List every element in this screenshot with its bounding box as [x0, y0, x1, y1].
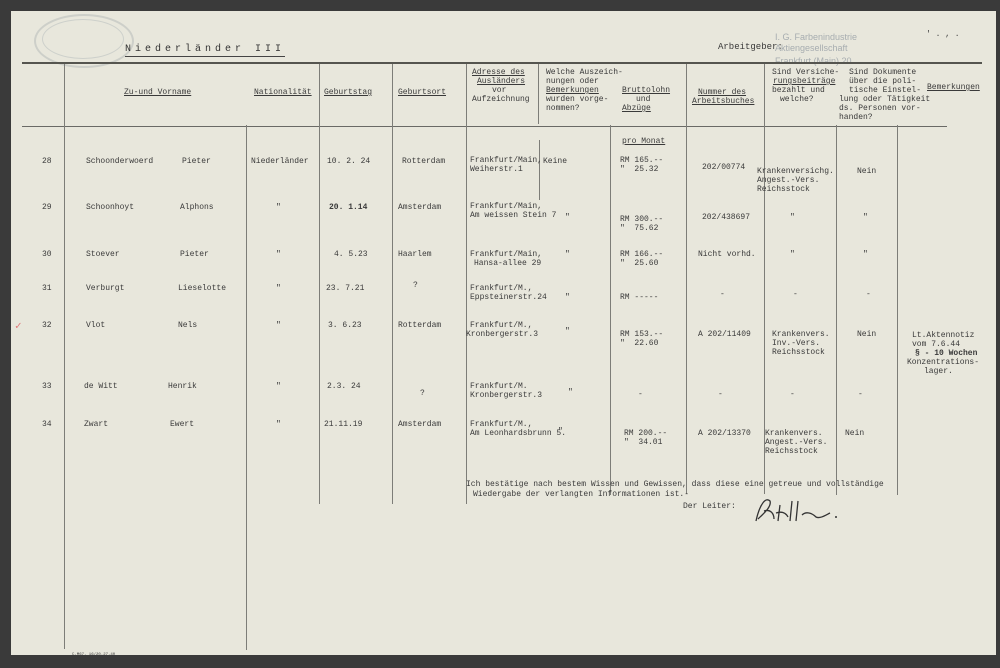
header-birthplace: Geburtsort — [398, 88, 446, 98]
nationality: " — [276, 203, 281, 213]
wages-deductions: " 34.01 — [624, 438, 662, 448]
documents: Nein — [845, 429, 864, 439]
header-address-4: Aufzeichnung — [472, 95, 530, 105]
header-remarks: Bemerkungen — [927, 83, 980, 93]
birthdate: 21.11.19 — [324, 420, 362, 430]
column-divider — [64, 64, 65, 649]
birthplace: Rotterdam — [402, 157, 445, 167]
birthdate: 23. 7.21 — [326, 284, 364, 294]
header-bottom-rule — [22, 126, 947, 127]
page-title: Niederländer III — [125, 44, 285, 57]
surname: Stoever — [86, 250, 120, 260]
row-number: 28 — [42, 157, 52, 167]
column-divider — [538, 64, 539, 124]
honors: " — [565, 213, 570, 223]
institution-stamp-inner — [42, 19, 124, 59]
workbook-number: Nicht vorhd. — [698, 250, 756, 260]
surname: Verburgt — [86, 284, 124, 294]
signature-icon — [750, 493, 840, 529]
header-nationality: Nationalität — [254, 88, 312, 98]
insurance: " — [790, 250, 795, 260]
documents: " — [863, 250, 868, 260]
row-number: 32 — [42, 321, 52, 331]
surname: Schoonhoyt — [86, 203, 134, 213]
documents: Nein — [857, 330, 876, 340]
birthplace: Rotterdam — [398, 321, 441, 331]
row-number: 30 — [42, 250, 52, 260]
birthplace: Amsterdam — [398, 203, 441, 213]
firstname: Lieselotte — [178, 284, 226, 294]
corner-marks: ' . , . — [926, 30, 960, 40]
column-divider — [686, 64, 687, 494]
insurance-line-3: Reichsstock — [772, 348, 825, 358]
insurance: " — [790, 213, 795, 223]
wages-deductions: " 25.32 — [620, 165, 658, 175]
employer-label: Arbeitgeber: — [718, 42, 783, 52]
nationality: " — [276, 420, 281, 430]
column-divider — [246, 125, 247, 650]
birthplace: ? — [413, 281, 418, 291]
header-honors-5: nommen? — [546, 104, 580, 114]
wages-deductions: " 22.60 — [620, 339, 658, 349]
insurance: - — [790, 390, 795, 400]
documents: " — [863, 213, 868, 223]
address-line-2: Kronbergerstr.3 — [470, 391, 542, 401]
workbook-number: A 202/13370 — [698, 429, 751, 439]
nationality: " — [276, 284, 281, 294]
declaration-line-1: Ich bestätige nach bestem Wissen und Gew… — [466, 480, 884, 490]
employer-stamp-line-1: I. G. Farbenindustrie — [775, 32, 857, 43]
birthdate: 2.3. 24 — [327, 382, 361, 392]
workbook-number: 202/438697 — [702, 213, 750, 223]
firstname: Ewert — [170, 420, 194, 430]
surname: de Witt — [84, 382, 118, 392]
column-divider — [539, 140, 540, 200]
firstname: Alphons — [180, 203, 214, 213]
column-divider — [610, 125, 611, 495]
birthplace: Amsterdam — [398, 420, 441, 430]
address-line-2: Eppsteinerstr.24 — [470, 293, 547, 303]
row-number: 31 — [42, 284, 52, 294]
signer-label: Der Leiter: — [683, 502, 736, 512]
wages-deductions: " 25.60 — [620, 259, 658, 269]
check-mark-icon: ✓ — [15, 319, 22, 333]
honors: " — [558, 427, 563, 437]
documents: Nein — [857, 167, 876, 177]
insurance: - — [793, 290, 798, 300]
firstname: Nels — [178, 321, 197, 331]
firstname: Henrik — [168, 382, 197, 392]
wages-gross: RM ----- — [620, 293, 658, 303]
honors: " — [565, 327, 570, 337]
honors: Keine — [543, 157, 567, 167]
firstname: Pieter — [180, 250, 209, 260]
footer-code: C.M67. 16/20.27.40 — [72, 650, 115, 660]
wages-gross: - — [638, 390, 643, 400]
nationality: " — [276, 382, 281, 392]
birthplace: ? — [420, 389, 425, 399]
address-line-2: Weiherstr.1 — [470, 165, 523, 175]
header-insurance-4: welche? — [780, 95, 814, 105]
workbook-number: - — [718, 390, 723, 400]
row-number: 29 — [42, 203, 52, 213]
birthdate: 20. 1.14 — [329, 203, 367, 213]
honors: " — [568, 388, 573, 398]
nationality: Niederländer — [251, 157, 309, 167]
documents: - — [858, 390, 863, 400]
address-line-2: Kronbergerstr.3 — [466, 330, 538, 340]
header-documents-6: handen? — [839, 113, 873, 123]
address-line-2: Hansa-allee 29 — [474, 259, 541, 269]
employer-stamp-line-2: Aktiengesellschaft — [775, 43, 848, 54]
honors: " — [565, 250, 570, 260]
header-birthdate: Geburtstag — [324, 88, 372, 98]
column-divider — [897, 125, 898, 495]
column-divider — [466, 64, 467, 504]
birthplace: Haarlem — [398, 250, 432, 260]
birthdate: 4. 5.23 — [334, 250, 368, 260]
insurance-line-3: Reichsstock — [757, 185, 810, 195]
row-number: 33 — [42, 382, 52, 392]
firstname: Pieter — [182, 157, 211, 167]
column-divider — [836, 125, 837, 495]
column-divider — [319, 64, 320, 504]
header-name: Zu-und Vorname — [124, 88, 191, 98]
address-line-2: Am weissen Stein 7 — [470, 211, 556, 221]
birthdate: 10. 2. 24 — [327, 157, 370, 167]
header-wages-per-month: pro Monat — [622, 137, 665, 147]
birthdate: 3. 6.23 — [328, 321, 362, 331]
wages-deductions: " 75.62 — [620, 224, 658, 234]
insurance-line-3: Reichsstock — [765, 447, 818, 457]
nationality: " — [276, 321, 281, 331]
surname: Vlot — [86, 321, 105, 331]
nationality: " — [276, 250, 281, 260]
remarks-line-5: lager. — [924, 367, 953, 377]
workbook-number: A 202/11409 — [698, 330, 751, 340]
header-top-rule — [22, 62, 982, 64]
header-wages-3: Abzüge — [622, 104, 651, 114]
declaration-line-2: Wiedergabe der verlangten Informationen … — [473, 490, 689, 500]
surname: Schoonderwoerd — [86, 157, 153, 167]
surname: Zwart — [84, 420, 108, 430]
honors: " — [565, 293, 570, 303]
documents: - — [866, 290, 871, 300]
workbook-number: - — [720, 290, 725, 300]
header-workbook-2: Arbeitsbuches — [692, 97, 754, 107]
workbook-number: 202/00774 — [702, 163, 745, 173]
column-divider — [392, 64, 393, 504]
row-number: 34 — [42, 420, 52, 430]
address-line-2: Am Leonhardsbrunn 5. — [470, 429, 566, 439]
